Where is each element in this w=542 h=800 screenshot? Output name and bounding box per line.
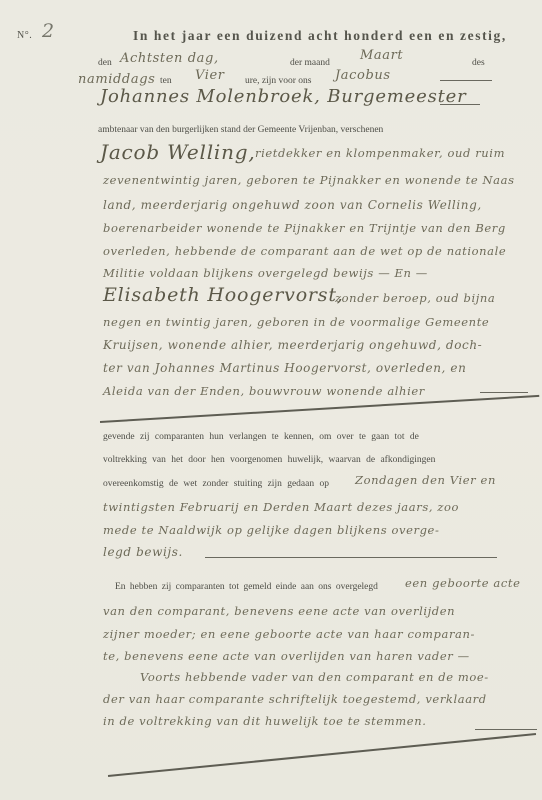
documents-line-3: zijner moeder; en eene geboorte acte van… — [103, 627, 475, 641]
documents-line-1: een geboorte acte — [405, 576, 521, 590]
proclamation-dates-2: twintigsten Februarij en Derden Maart de… — [103, 500, 459, 514]
ure-label: ure, zijn voor ons — [245, 76, 312, 86]
groom-occupation: rietdekker en klompenmaker, oud ruim — [255, 146, 505, 160]
day-field: Achtsten dag, — [120, 51, 219, 66]
official-name-title: Johannes Molenbroek, Burgemeester — [100, 86, 467, 107]
paragraph-1-line-1: gevende zij comparanten hun verlangen te… — [103, 432, 419, 442]
fill-line — [440, 80, 492, 81]
groom-line-6: Militie voldaan blijkens overgelegd bewi… — [103, 266, 428, 280]
hour-field: Vier — [195, 68, 225, 83]
maand-label: der maand — [290, 58, 330, 68]
groom-line-5: overleden, hebbende de comparant aan de … — [103, 244, 506, 258]
record-number-label: N°. — [17, 30, 32, 41]
proclamation-dates-3: mede te Naaldwijk op gelijke dagen blijk… — [103, 523, 439, 537]
bride-name: Elisabeth Hoogervorst, — [103, 284, 344, 306]
fill-line — [205, 557, 497, 558]
register-page: N°. 2 In het jaar een duizend acht honde… — [0, 0, 542, 800]
bride-line-2: negen en twintig jaren, geboren in de vo… — [103, 315, 489, 329]
fill-line — [480, 392, 528, 393]
fill-line — [475, 729, 537, 730]
paragraph-2-line-1: En hebben zij comparanten tot gemeld ein… — [115, 582, 378, 592]
bride-line-5: Aleida van der Enden, bouwvrouw wonende … — [103, 384, 425, 398]
consent-line-3: in de voltrekking van dit huwelijk toe t… — [103, 714, 426, 728]
paragraph-1-line-2: voltrekking van het door hen voorgenomen… — [103, 455, 435, 465]
documents-line-4: te, benevens eene acte van overlijden va… — [103, 649, 470, 663]
proclamation-dates-4: legd bewijs. — [103, 545, 183, 559]
consent-line-2: der van haar comparante schriftelijk toe… — [103, 692, 487, 706]
record-number: 2 — [42, 20, 54, 42]
ambtenaar-text: ambtenaar van den burgerlijken stand der… — [98, 125, 383, 135]
document-title: In het jaar een duizend acht honderd een… — [133, 28, 507, 44]
ten-label: ten — [160, 76, 172, 86]
paragraph-1-line-3: overeenkomstig de wet zonder stuiting zi… — [103, 479, 329, 489]
groom-line-4: boerenarbeider wonende te Pijnakker en T… — [103, 221, 506, 235]
documents-line-2: van den comparant, benevens eene acte va… — [103, 604, 455, 618]
groom-name: Jacob Welling, — [100, 140, 256, 164]
bride-line-4: ter van Johannes Martinus Hoogervorst, o… — [103, 361, 466, 375]
consent-line-1: Voorts hebbende vader van den comparant … — [140, 670, 489, 684]
groom-line-3: land, meerderjarig ongehuwd zoon van Cor… — [103, 198, 482, 212]
closing-stroke — [108, 733, 536, 776]
bride-line-3: Kruijsen, wonende alhier, meerderjarig o… — [103, 338, 482, 352]
groom-line-2: zevenentwintig jaren, geboren te Pijnakk… — [103, 173, 515, 187]
closing-stroke — [100, 395, 539, 423]
des-label: des — [472, 58, 485, 68]
den-label: den — [98, 58, 112, 68]
daypart-field: namiddags — [78, 72, 155, 87]
proclamation-dates-1: Zondagen den Vier en — [355, 473, 496, 487]
month-field: Maart — [360, 48, 403, 63]
official-first-name: Jacobus — [335, 68, 391, 83]
fill-line — [440, 104, 480, 105]
bride-occupation: zonder beroep, oud bijna — [335, 291, 495, 305]
